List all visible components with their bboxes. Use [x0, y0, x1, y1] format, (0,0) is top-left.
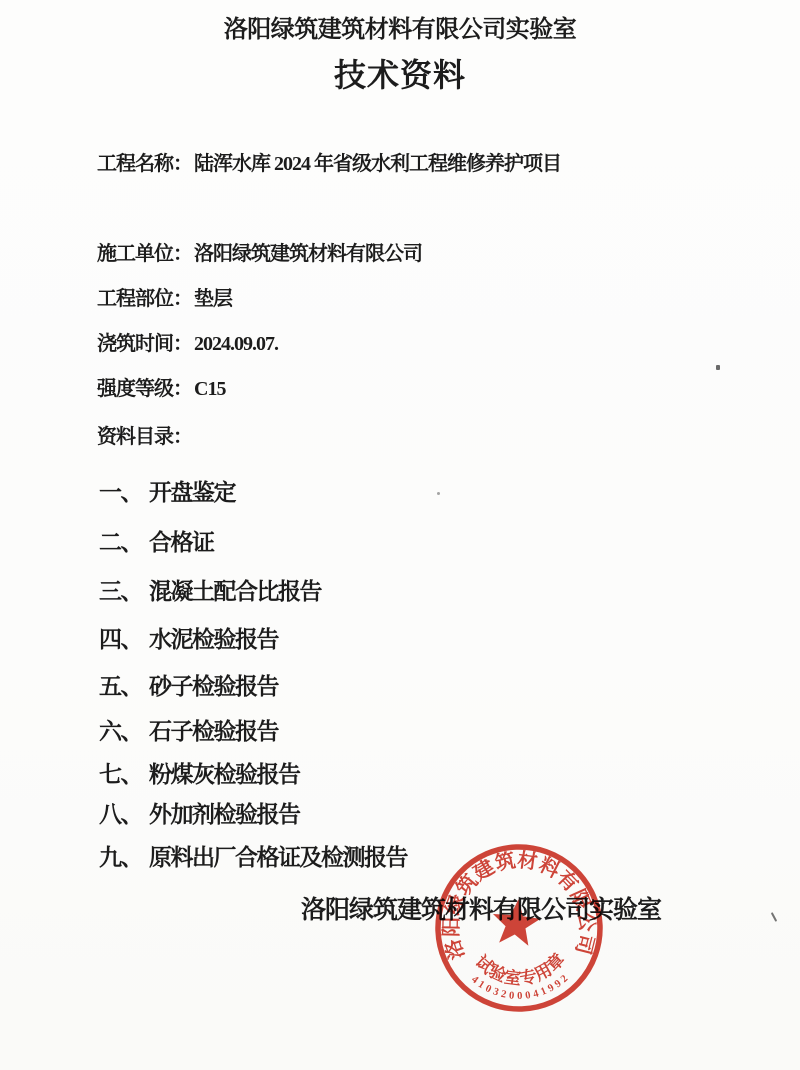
item-text: 粉煤灰检验报告 [149, 762, 300, 787]
item-number: 一、 [99, 480, 142, 505]
field-label: 工程名称： [97, 153, 192, 175]
scan-artifact [716, 365, 720, 370]
field-value: 垫层 [194, 288, 232, 310]
item-number: 四、 [99, 627, 142, 652]
catalog-item: 九、原料出厂合格证及检测报告 [99, 843, 407, 873]
item-number: 七、 [99, 762, 142, 787]
field-label: 工程部位： [97, 288, 192, 310]
field-label: 浇筑时间： [97, 333, 192, 355]
item-text: 混凝土配合比报告 [149, 579, 321, 604]
doc-title: 技术资料 [0, 56, 800, 94]
catalog-item: 四、水泥检验报告 [99, 625, 278, 655]
field-value: 陆浑水库 2024 年省级水利工程维修养护项目 [194, 153, 561, 175]
catalog-heading: 资料目录： [97, 424, 192, 450]
item-number: 三、 [99, 579, 142, 604]
field-value: 洛阳绿筑建筑材料有限公司 [194, 243, 422, 265]
field-construction-unit: 施工单位：洛阳绿筑建筑材料有限公司 [97, 241, 422, 267]
catalog-item: 一、开盘鉴定 [99, 478, 235, 508]
item-number: 六、 [99, 719, 142, 744]
catalog-item: 三、混凝土配合比报告 [99, 577, 321, 607]
field-value: C15 [194, 378, 225, 400]
org-title: 洛阳绿筑建筑材料有限公司实验室 [0, 16, 800, 45]
item-text: 砂子检验报告 [149, 674, 278, 699]
field-strength-grade: 强度等级：C15 [97, 376, 225, 402]
scan-artifact [771, 912, 777, 922]
field-pouring-time: 浇筑时间：2024.09.07. [97, 331, 278, 357]
item-text: 水泥检验报告 [149, 627, 278, 652]
item-text: 原料出厂合格证及检测报告 [149, 845, 407, 870]
item-number: 二、 [99, 530, 142, 555]
item-number: 五、 [99, 674, 142, 699]
star-icon [490, 897, 542, 947]
item-text: 开盘鉴定 [149, 480, 235, 505]
catalog-item: 二、合格证 [99, 528, 214, 558]
item-number: 八、 [99, 802, 142, 827]
catalog-item: 七、粉煤灰检验报告 [99, 760, 300, 790]
item-text: 石子检验报告 [149, 719, 278, 744]
document-page: 洛阳绿筑建筑材料有限公司实验室 技术资料 工程名称：陆浑水库 2024 年省级水… [0, 0, 800, 1070]
catalog-item: 八、外加剂检验报告 [99, 800, 300, 830]
scan-artifact [437, 492, 440, 495]
laboratory-stamp: 洛阳绿筑建筑材料有限公司 试验室专用章 4103200041992 [426, 835, 612, 1021]
catalog-item: 五、砂子检验报告 [99, 672, 278, 702]
field-project-name: 工程名称：陆浑水库 2024 年省级水利工程维修养护项目 [97, 151, 561, 177]
field-value: 2024.09.07. [194, 333, 278, 355]
field-label: 施工单位： [97, 243, 192, 265]
field-project-part: 工程部位：垫层 [97, 286, 232, 312]
item-number: 九、 [99, 845, 142, 870]
item-text: 合格证 [149, 530, 214, 555]
field-label: 强度等级： [97, 378, 192, 400]
item-text: 外加剂检验报告 [149, 802, 300, 827]
catalog-item: 六、石子检验报告 [99, 717, 278, 747]
